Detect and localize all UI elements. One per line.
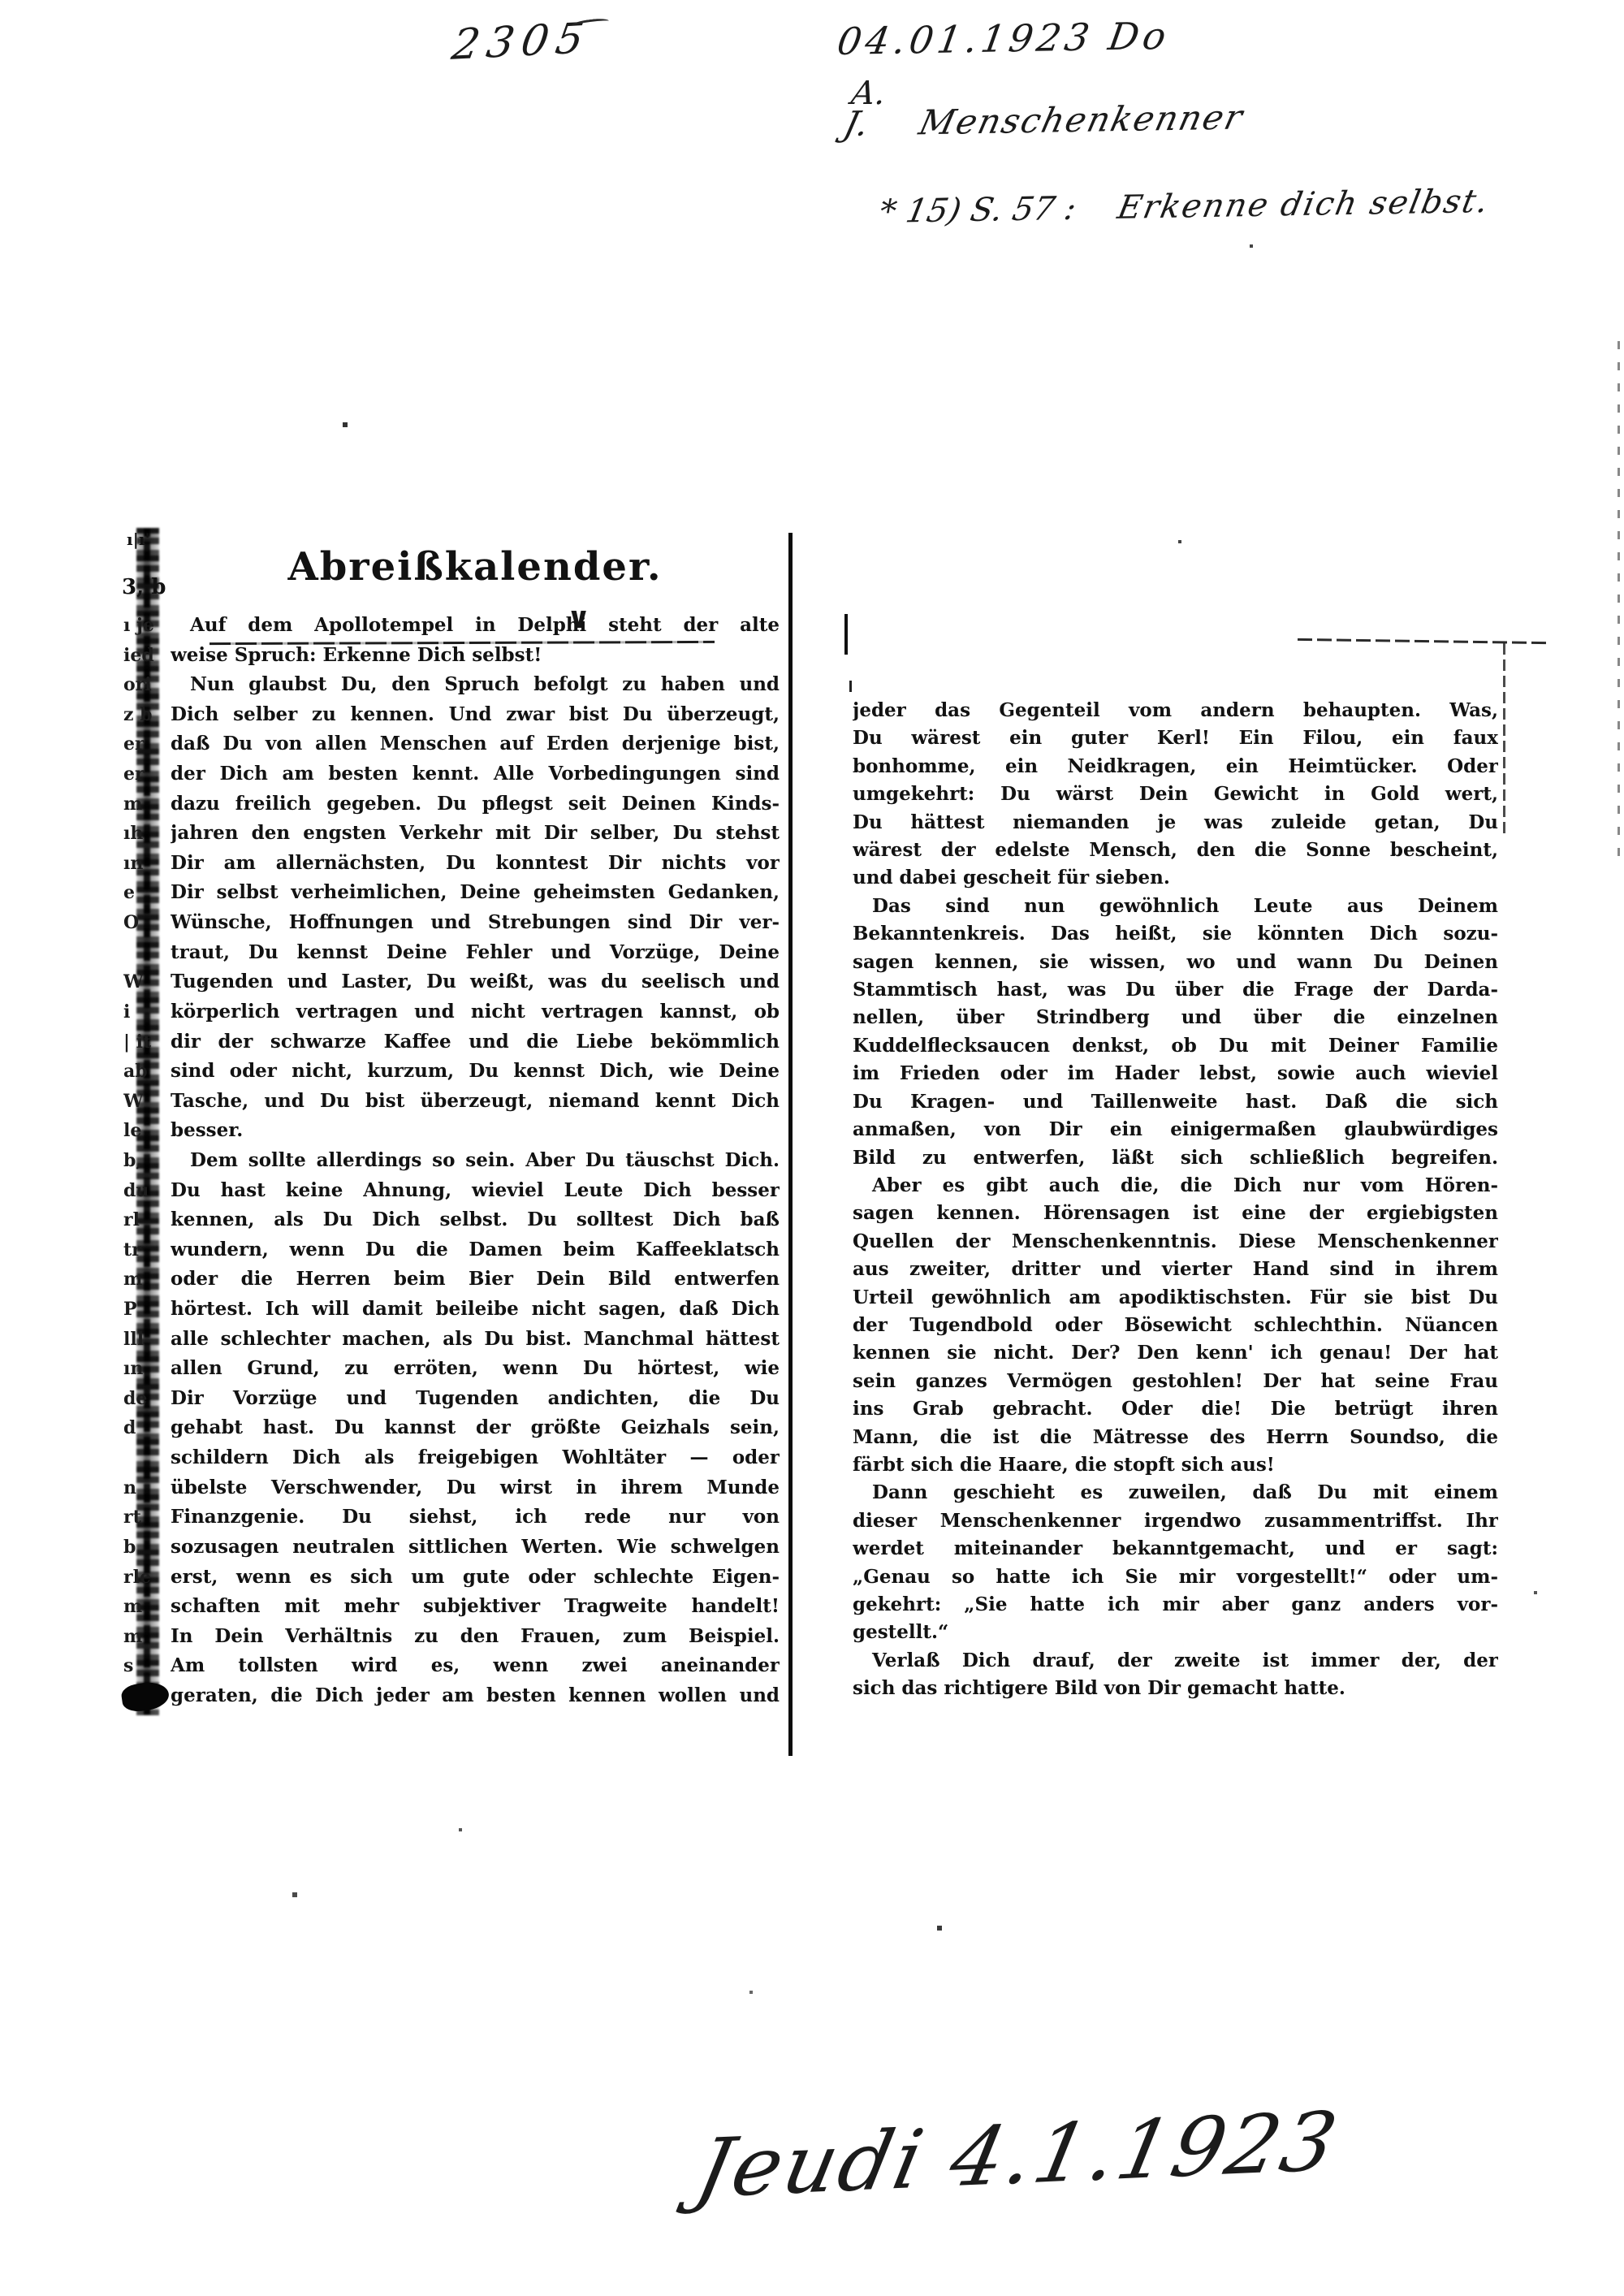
text-line: W — [123, 1087, 167, 1117]
text-line: d — [123, 1413, 167, 1443]
clipping-left-tick — [844, 614, 848, 655]
text-line — [123, 938, 167, 968]
text-line: Nun glaubst Du, den Spruch befolgt zu ha… — [171, 670, 780, 700]
text-line: sozusagen neutralen sittlichen Werten. W… — [171, 1533, 780, 1563]
text-line: Du hast keine Ahnung, wieviel Leute Dich… — [171, 1176, 780, 1206]
text-line: dazu freilich gegeben. Du pflegst seit D… — [171, 789, 780, 819]
text-line: gestellt.“ — [853, 1619, 1498, 1646]
text-line: ori — [123, 670, 167, 700]
text-line: umgekehrt: Du wärst Dein Gewicht in Gold… — [853, 780, 1498, 808]
text-line: im Frieden oder im Hader lebst, sowie au… — [853, 1060, 1498, 1087]
text-line: Dann geschieht es zuweilen, daß Du mit e… — [853, 1479, 1498, 1507]
text-line: ın — [123, 849, 167, 879]
text-line: e — [123, 878, 167, 908]
text-line: ın — [123, 1354, 167, 1384]
text-line: dieser Menschenkenner irgendwo zusamment… — [853, 1507, 1498, 1535]
annotation-archive-number: 2305 — [448, 14, 594, 70]
text-line: Du hättest niemanden je was zuleide geta… — [853, 809, 1498, 837]
text-line: Das sind nun gewöhnlich Leute aus Deinem — [853, 893, 1498, 920]
text-line: P — [123, 1295, 167, 1325]
text-line: Dir am allernächsten, Du konntest Dir ni… — [171, 849, 780, 879]
text-line: wundern, wenn Du die Damen beim Kaffeekl… — [171, 1235, 780, 1265]
text-line: kennen, als Du Dich selbst. Du solltest … — [171, 1205, 780, 1235]
text-line: z b — [123, 700, 167, 730]
annotation-topic: J. Menschenkenner — [840, 97, 1248, 144]
scanned-document-page: 2305 04.01.1923 Do A. J. Menschenkenner … — [0, 0, 1624, 2296]
text-line: Bild zu entwerfen, läßt sich schließlich… — [853, 1144, 1498, 1172]
scan-edge-marks — [1618, 341, 1620, 869]
text-line: In Dein Verhältnis zu den Frauen, zum Be… — [171, 1622, 780, 1652]
clipping-right-edge — [1503, 643, 1505, 838]
text-line: er — [123, 729, 167, 759]
text-line: du — [123, 1176, 167, 1206]
annotation-date: 04.01.1923 Do — [834, 14, 1173, 63]
text-line: färbt sich die Haare, die stopft sich au… — [853, 1451, 1498, 1479]
text-line: Finanzgenie. Du siehst, ich rede nur von — [171, 1503, 780, 1533]
text-line: m — [123, 1622, 167, 1652]
left-edge-fragment: 3, b — [122, 575, 166, 599]
text-line: b — [123, 1533, 167, 1563]
text-line: Urteil gewöhnlich am apodiktischsten. Fü… — [853, 1284, 1498, 1312]
text-line: sein ganzes Vermögen gestohlen! Der hat … — [853, 1368, 1498, 1395]
text-line: Dir selbst verheimlichen, Deine geheimst… — [171, 878, 780, 908]
text-line: Tasche, und Du bist überzeugt, niemand k… — [171, 1087, 780, 1117]
noise-speckles — [0, 0, 2, 2]
text-line: werdet miteinander bekanntgemacht, und e… — [853, 1535, 1498, 1563]
text-line: Kuddelflecksaucen denkst, ob Du mit Dein… — [853, 1032, 1498, 1060]
text-line: traut, Du kennst Deine Fehler und Vorzüg… — [171, 938, 780, 968]
text-line: der Dich am besten kennt. Alle Vorbeding… — [171, 759, 780, 789]
text-line: schaften mit mehr subjektiver Tragweite … — [171, 1592, 780, 1622]
annotation-reference-text: Erkenne dich selbst. — [1115, 183, 1493, 227]
text-line: Bekanntenkreis. Das heißt, sie könnten D… — [853, 920, 1498, 948]
clipping-left-tick-small — [849, 681, 852, 692]
text-line: rl — [123, 1205, 167, 1235]
text-line: m — [123, 1592, 167, 1622]
text-line: Aber es gibt auch die, die Dich nur vom … — [853, 1172, 1498, 1200]
text-line: anmaßen, von Dir ein einigermaßen glaubw… — [853, 1116, 1498, 1144]
text-line: Tugenden und Laster, Du weißt, was du se… — [171, 967, 780, 997]
text-line: gehabt hast. Du kannst der größte Geizha… — [171, 1413, 780, 1443]
text-line: wärest der edelste Mensch, den die Sonne… — [853, 837, 1498, 864]
text-line: Auf dem Apollotempel in Delphi steht der… — [171, 611, 780, 641]
article-column-1: Auf dem Apollotempel in Delphi steht der… — [171, 611, 780, 1715]
text-line: rle — [123, 1563, 167, 1593]
text-line: O — [123, 908, 167, 938]
left-edge-fragment: ı|ı' — [127, 530, 150, 549]
text-line: lll — [123, 1325, 167, 1355]
text-line: jahren den engsten Verkehr mit Dir selbe… — [171, 819, 780, 849]
text-line: n — [123, 1473, 167, 1503]
text-line: Verlaß Dich drauf, der zweite ist immer … — [853, 1647, 1498, 1675]
text-line: aus zweiter, dritter und vierter Hand si… — [853, 1256, 1498, 1283]
text-line: Am tollsten wird es, wenn zwei aneinande… — [171, 1651, 780, 1681]
text-line: erst, wenn es sich um gute oder schlecht… — [171, 1563, 780, 1593]
article-headline: Abreißkalender. — [171, 530, 780, 604]
text-line: Dem sollte allerdings so sein. Aber Du t… — [171, 1146, 780, 1176]
text-line: bonhomme, ein Neidkragen, ein Heimtücker… — [853, 753, 1498, 780]
text-line: dir der schwarze Kaffee und die Liebe be… — [171, 1027, 780, 1057]
annotation-bottom-date: Jeudi 4.1.1923 — [689, 2094, 1347, 2216]
text-line: rt — [123, 1503, 167, 1533]
text-line: tr — [123, 1235, 167, 1265]
text-line: sagen kennen. Hörensagen ist eine der er… — [853, 1200, 1498, 1227]
text-line: Stammtisch hast, was Du über die Frage d… — [853, 976, 1498, 1004]
text-line — [123, 1443, 167, 1473]
clipping-top-edge — [1298, 638, 1546, 644]
text-line: körperlich vertragen und nicht vertragen… — [171, 997, 780, 1027]
text-line: le — [123, 1116, 167, 1146]
text-line: schildern Dich als freigebigen Wohltäter… — [171, 1443, 780, 1473]
text-line: daß Du von allen Menschen auf Erden derj… — [171, 729, 780, 759]
text-line: und dabei gescheit für sieben. — [853, 864, 1498, 892]
text-line: Mann, die ist die Mätresse des Herrn Sou… — [853, 1424, 1498, 1451]
text-line: weise Spruch: Erkenne Dich selbst! — [171, 641, 780, 671]
text-line: Du Kragen- und Taillenweite hast. Daß di… — [853, 1088, 1498, 1116]
text-line: „Genau so hatte ich Sie mir vorgestellt!… — [853, 1563, 1498, 1591]
text-line: alle schlechter machen, als Du bist. Man… — [171, 1325, 780, 1355]
text-line: allen Grund, zu erröten, wenn Du hörtest… — [171, 1354, 780, 1384]
annotation-reference: * 15) S. 57 :Erkenne dich selbst. — [876, 183, 1492, 231]
text-line: | it — [123, 1027, 167, 1057]
column-divider-rule — [788, 533, 793, 1756]
text-line: Dir Vorzüge und Tugenden andichten, die … — [171, 1384, 780, 1414]
annotation-reference-number: * 15) S. 57 : — [876, 190, 1079, 231]
text-line: hörtest. Ich will damit beileibe nicht s… — [171, 1295, 780, 1325]
text-line: ied — [123, 641, 167, 671]
text-line: s — [123, 1651, 167, 1681]
text-line: de — [123, 1384, 167, 1414]
text-line: ı je — [123, 611, 167, 641]
text-line: i — [123, 997, 167, 1027]
text-line: sagen kennen, sie wissen, wo und wann Du… — [853, 949, 1498, 976]
text-line: gekehrt: „Sie hatte ich mir aber ganz an… — [853, 1591, 1498, 1619]
text-line: Du wärest ein guter Kerl! Ein Filou, ein… — [853, 724, 1498, 752]
text-line: ıh — [123, 819, 167, 849]
article-column-2: jeder das Gegenteil vom andern behaupten… — [853, 697, 1498, 1708]
text-line: ins Grab gebracht. Oder die! Die betrügt… — [853, 1395, 1498, 1423]
text-line: nellen, über Strindberg und über die ein… — [853, 1004, 1498, 1031]
text-line: b, — [123, 1146, 167, 1176]
text-line: besser. — [171, 1116, 780, 1146]
left-edge-fragments: ı jeiedoriz berermıhıneOWi| itabWleb,dur… — [123, 611, 167, 1715]
text-line: er — [123, 759, 167, 789]
text-line: m — [123, 1265, 167, 1295]
text-line: geraten, die Dich jeder am besten kennen… — [171, 1681, 780, 1711]
text-line: m — [123, 789, 167, 819]
text-line: der Tugendbold oder Bösewicht schlechthi… — [853, 1312, 1498, 1339]
text-line: übelste Verschwender, Du wirst in ihrem … — [171, 1473, 780, 1503]
text-line: ab — [123, 1057, 167, 1087]
text-line: Quellen der Menschenkenntnis. Diese Mens… — [853, 1228, 1498, 1256]
text-line: sich das richtigere Bild von Dir gemacht… — [853, 1675, 1498, 1702]
text-line: Dich selber zu kennen. Und zwar bist Du … — [171, 700, 780, 730]
text-line: kennen sie nicht. Der? Den kenn' ich gen… — [853, 1339, 1498, 1367]
text-line: W — [123, 967, 167, 997]
text-line: jeder das Gegenteil vom andern behaupten… — [853, 697, 1498, 724]
text-line: sind oder nicht, kurzum, Du kennst Dich,… — [171, 1057, 780, 1087]
text-line: oder die Herren beim Bier Dein Bild entw… — [171, 1265, 780, 1295]
text-line: Wünsche, Hoffnungen und Strebungen sind … — [171, 908, 780, 938]
